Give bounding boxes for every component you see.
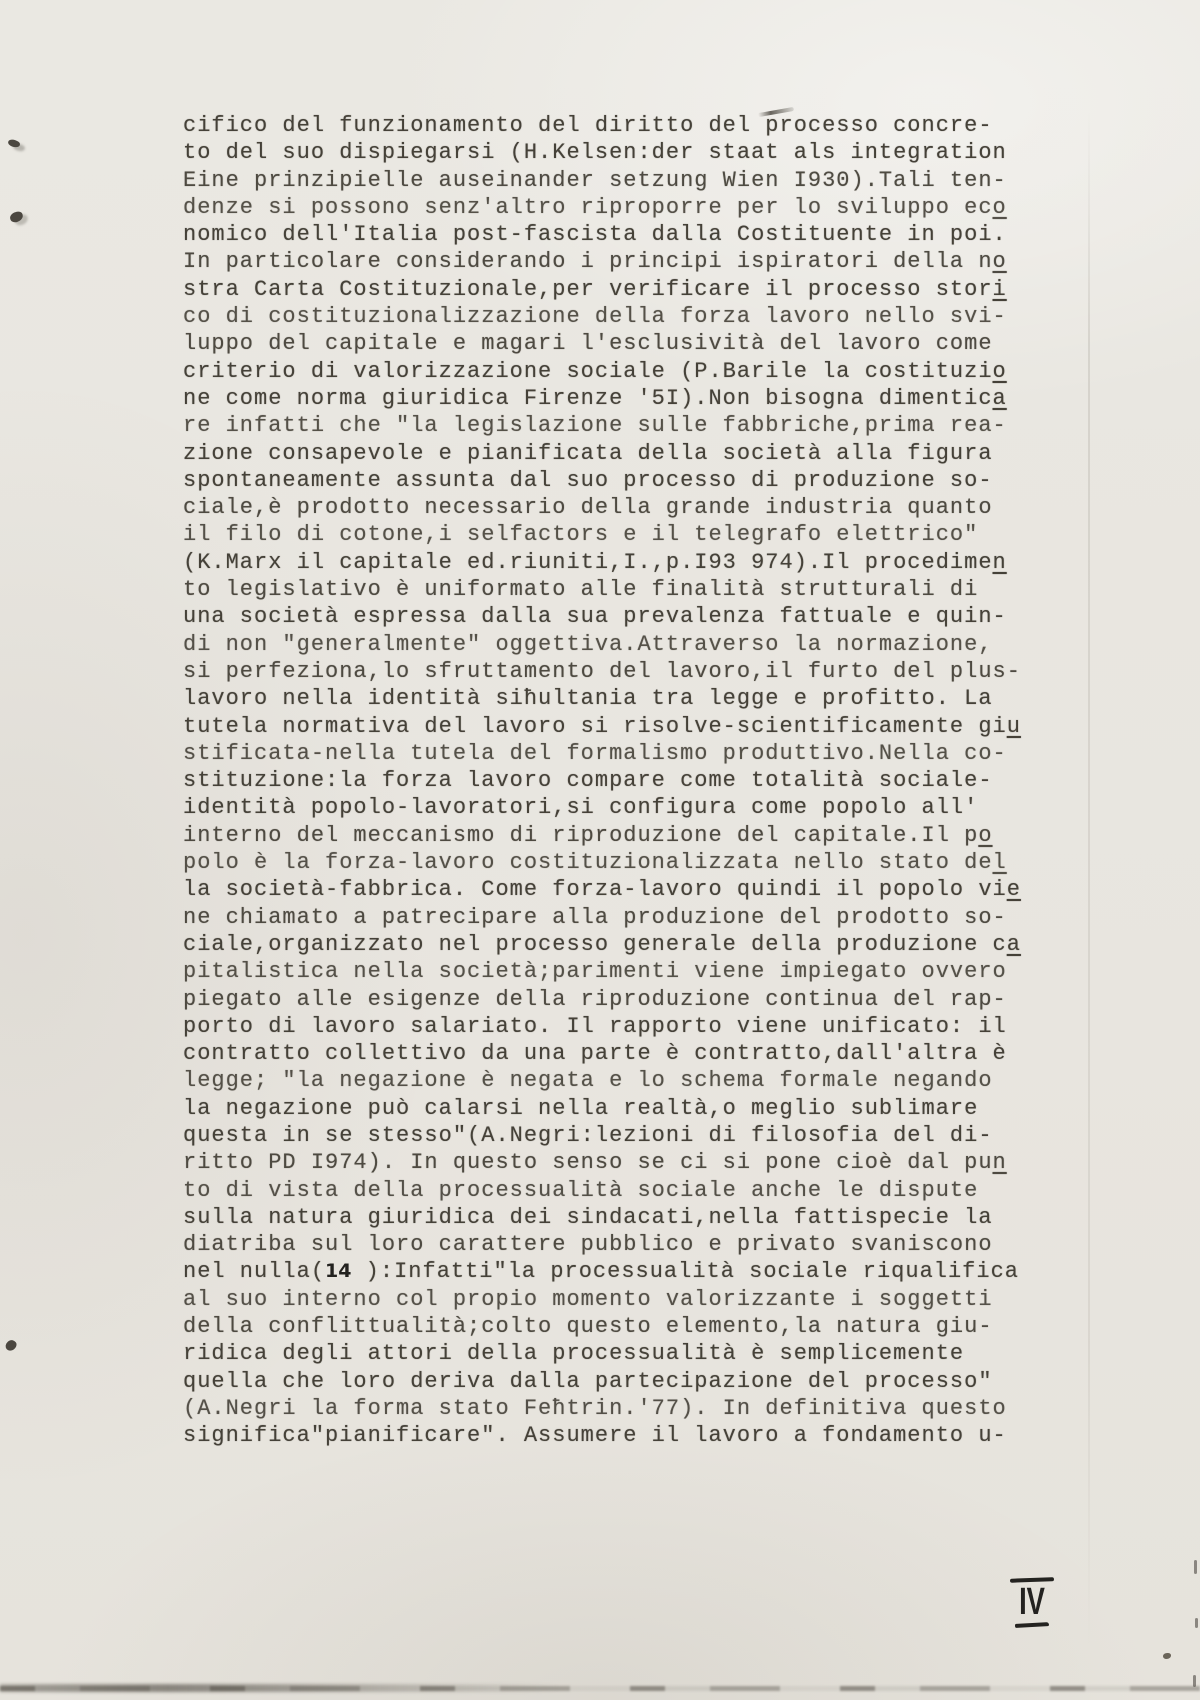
text-line: co di costituzionalizzazione della forza… (183, 303, 1043, 330)
ink-speck (7, 138, 21, 149)
paper-crease (1088, 110, 1090, 1650)
scanned-document-page: cifico del funzionamento del diritto del… (0, 0, 1200, 1700)
text-line: spontaneamente assunta dal suo processo … (183, 467, 1043, 494)
text-line: sulla natura giuridica dei sindacati,nel… (183, 1204, 1043, 1231)
text-line: denze si possono senz'altro riproporre p… (183, 194, 1043, 221)
text-line: stra Carta Costituzionale,per verificare… (183, 276, 1043, 303)
ink-speck (1163, 1653, 1171, 1659)
text-line: legge; "la negazione è negata e lo schem… (183, 1067, 1043, 1094)
text-line: to di vista della processualità sociale … (183, 1177, 1043, 1204)
text-line: lavoro nella identità siħultania tra leg… (183, 685, 1043, 712)
text-line: In particolare considerando i principi i… (183, 248, 1043, 275)
text-line: si perfeziona,lo sfruttamento del lavoro… (183, 658, 1043, 685)
text-line: Eine prinzipielle auseinander setzung Wi… (183, 167, 1043, 194)
text-line: ritto PD I974). In questo senso se ci si… (183, 1149, 1043, 1176)
text-line: significa"pianificare". Assumere il lavo… (183, 1422, 1043, 1449)
text-line: questa in se stesso"(A.Negri:lezioni di … (183, 1122, 1043, 1149)
text-line: ridica degli attori della processualità … (183, 1340, 1043, 1367)
text-line: to legislativo è uniformato alle finalit… (183, 576, 1043, 603)
ink-speck (4, 1338, 18, 1352)
text-line: to del suo dispiegarsi (H.Kelsen:der sta… (183, 139, 1043, 166)
text-line: tutela normativa del lavoro si risolve-s… (183, 713, 1043, 740)
text-line: ciale,organizzato nel processo generale … (183, 931, 1043, 958)
text-line: (A.Negri la forma stato Feħtrin.'77). In… (183, 1395, 1043, 1422)
text-line: interno del meccanismo di riproduzione d… (183, 822, 1043, 849)
text-line: di non "generalmente" oggettiva.Attraver… (183, 631, 1043, 658)
page-edge-mark (1194, 1560, 1197, 1574)
page-number: IV (1002, 1578, 1062, 1627)
text-line: al suo interno col propio momento valori… (183, 1286, 1043, 1313)
text-line: ne chiamato a patrecipare alla produzion… (183, 904, 1043, 931)
text-line: nomico dell'Italia post-fascista dalla C… (183, 221, 1043, 248)
text-line: pitalistica nella società;parimenti vien… (183, 958, 1043, 985)
text-line: ne come norma giuridica Firenze '5I).Non… (183, 385, 1043, 412)
text-line: stificata-nella tutela del formalismo pr… (183, 740, 1043, 767)
text-line: diatriba sul loro carattere pubblico e p… (183, 1231, 1043, 1258)
text-line: nel nulla(14 ):Infatti"la processualità … (183, 1258, 1043, 1285)
scan-artifact (0, 1686, 1200, 1691)
text-line: quella che loro deriva dalla partecipazi… (183, 1368, 1043, 1395)
text-line: luppo del capitale e magari l'esclusivit… (183, 330, 1043, 357)
page-number-underline (1015, 1622, 1049, 1628)
text-line: re infatti che "la legislazione sulle fa… (183, 412, 1043, 439)
text-line: la società-fabbrica. Come forza-lavoro q… (183, 876, 1043, 903)
text-line: identità popolo-lavoratori,si configura … (183, 794, 1043, 821)
ink-speck (9, 211, 24, 224)
text-line: piegato alle esigenze della riproduzione… (183, 986, 1043, 1013)
text-line: zione consapevole e pianificata della so… (183, 440, 1043, 467)
text-line: la negazione può calarsi nella realtà,o … (183, 1095, 1043, 1122)
text-line: stituzione:la forza lavoro compare come … (183, 767, 1043, 794)
text-line: polo è la forza-lavoro costituzionalizza… (183, 849, 1043, 876)
text-line: contratto collettivo da una parte è cont… (183, 1040, 1043, 1067)
page-number-text: IV (1010, 1583, 1053, 1621)
text-line: della conflittualità;colto questo elemen… (183, 1313, 1043, 1340)
text-line: criterio di valorizzazione sociale (P.Ba… (183, 358, 1043, 385)
page-edge-mark (1195, 1618, 1198, 1628)
text-line: porto di lavoro salariato. Il rapporto v… (183, 1013, 1043, 1040)
text-line: cifico del funzionamento del diritto del… (183, 112, 1043, 139)
text-line: una società espressa dalla sua prevalenz… (183, 603, 1043, 630)
text-line: ciale,è prodotto necessario della grande… (183, 494, 1043, 521)
text-line: il filo di cotone,i selfactors e il tele… (183, 521, 1043, 548)
text-block: cifico del funzionamento del diritto del… (183, 112, 1043, 1450)
text-line: (K.Marx il capitale ed.riuniti,I.,p.I93 … (183, 549, 1043, 576)
